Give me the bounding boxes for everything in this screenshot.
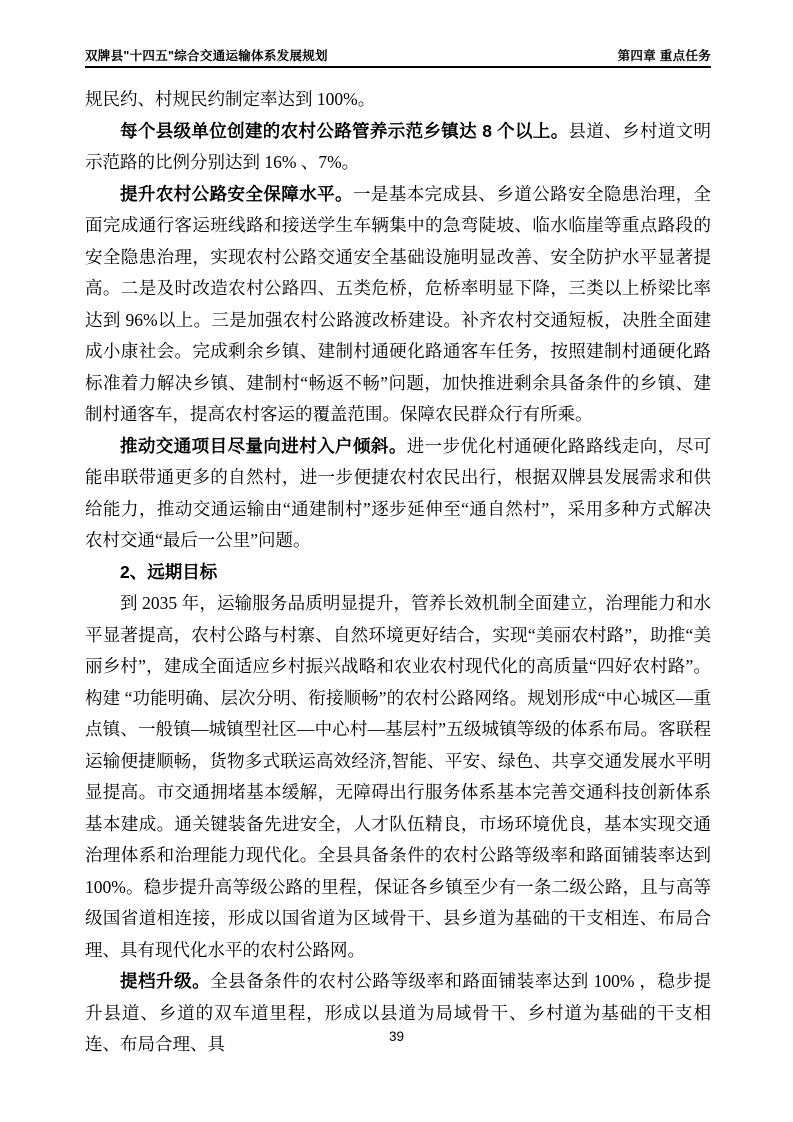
paragraph-lead: 每个县级单位创建的农村公路管养示范乡镇达 8 个以上。 [120, 121, 569, 141]
paragraph-text: 到 2035 年，运输服务品质明显提升，管养长效机制全面建立，治理能力和水平显著… [85, 593, 711, 960]
header-rule [85, 66, 711, 68]
header-chapter-title: 第四章 重点任务 [618, 46, 711, 64]
section-heading: 2、远期目标 [85, 557, 711, 589]
paragraph: 推动交通项目尽量向进村入户倾斜。进一步优化村通硬化路路线走向，尽可能串联带通更多… [85, 431, 711, 557]
paragraph: 到 2035 年，运输服务品质明显提升，管养长效机制全面建立，治理能力和水平显著… [85, 588, 711, 966]
section-heading-label: 2、远期目标 [120, 562, 217, 582]
paragraph: 每个县级单位创建的农村公路管养示范乡镇达 8 个以上。县道、乡村道文明示范路的比… [85, 116, 711, 179]
document-body: 规民约、村规民约制定率达到 100%。 每个县级单位创建的农村公路管养示范乡镇达… [85, 84, 711, 1061]
paragraph-text: 规民约、村规民约制定率达到 100%。 [85, 89, 375, 109]
paragraph: 提档升级。全县备条件的农村公路等级率和路面铺装率达到 100% ，稳步提升县道、… [85, 966, 711, 1061]
paragraph-lead: 提升农村公路安全保障水平。 [120, 184, 353, 204]
page-number: 39 [389, 1029, 404, 1044]
paragraph-lead: 推动交通项目尽量向进村入户倾斜。 [120, 436, 407, 456]
page-header: 双牌县"十四五"综合交通运输体系发展规划 第四章 重点任务 [85, 46, 711, 64]
page-footer: 39 [0, 1029, 793, 1044]
header-doc-title: 双牌县"十四五"综合交通运输体系发展规划 [85, 46, 328, 64]
paragraph: 提升农村公路安全保障水平。一是基本完成县、乡道公路安全隐患治理，全面完成通行客运… [85, 179, 711, 431]
document-page: 双牌县"十四五"综合交通运输体系发展规划 第四章 重点任务 规民约、村规民约制定… [0, 0, 793, 1122]
paragraph-text: 一是基本完成县、乡道公路安全隐患治理，全面完成通行客运班线路和接送学生车辆集中的… [85, 184, 711, 425]
paragraph-lead: 提档升级。 [120, 971, 210, 991]
paragraph: 规民约、村规民约制定率达到 100%。 [85, 84, 711, 116]
